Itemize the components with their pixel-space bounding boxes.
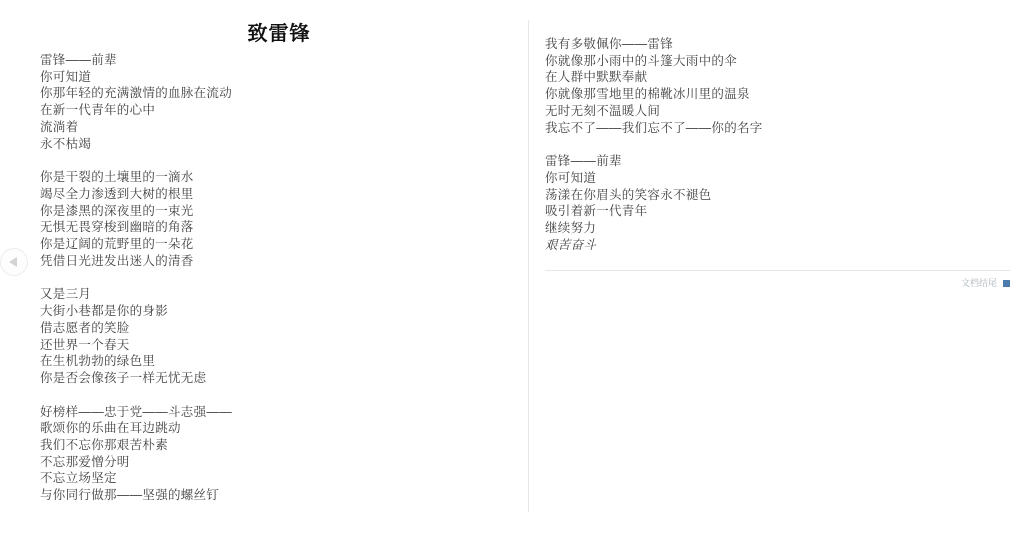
column-divider: [528, 20, 529, 512]
stanza-1: 雷锋——前辈 你可知道 你那年轻的充满激情的血脉在流动 在新一代青年的心中 流淌…: [40, 52, 518, 152]
poem-line: 借志愿者的笑脸: [40, 320, 518, 337]
stanza-6: 雷锋——前辈 你可知道 荡漾在你眉头的笑容永不褪色 吸引着新一代青年 继续努力 …: [545, 153, 1010, 253]
poem-line: 竭尽全力渗透到大树的根里: [40, 186, 518, 203]
end-of-document-square-icon: [1003, 280, 1010, 287]
poem-line: 你是否会像孩子一样无忧无虑: [40, 370, 518, 387]
stanza-5: 我有多敬佩你——雷锋 你就像那小雨中的斗篷大雨中的伞 在人群中默默奉献 你就像那…: [545, 36, 1010, 136]
poem-line: 你那年轻的充满激情的血脉在流动: [40, 85, 518, 102]
left-arrow-icon: [9, 257, 17, 267]
poem-line: 你就像那小雨中的斗篷大雨中的伞: [545, 53, 1010, 70]
stanza-4: 好榜样——忠于党——斗志强—— 歌颂你的乐曲在耳边跳动 我们不忘你那艰苦朴素 不…: [40, 404, 518, 504]
poem-line: 我忘不了——我们忘不了——你的名字: [545, 120, 1010, 137]
poem-line: 你是辽阔的荒野里的一朵花: [40, 236, 518, 253]
poem-line: 你可知道: [40, 69, 518, 86]
poem-line: 在新一代青年的心中: [40, 102, 518, 119]
poem-line: 还世界一个春天: [40, 337, 518, 354]
document-reading-view: 致雷锋 雷锋——前辈 你可知道 你那年轻的充满激情的血脉在流动 在新一代青年的心…: [0, 0, 1024, 533]
end-of-document-label: 文档结尾: [961, 278, 997, 288]
poem-line: 我有多敬佩你——雷锋: [545, 36, 1010, 53]
previous-page-button[interactable]: [0, 248, 28, 276]
poem-line: 又是三月: [40, 286, 518, 303]
poem-line: 你是漆黑的深夜里的一束光: [40, 203, 518, 220]
poem-line: 与你同行做那——坚强的螺丝钉: [40, 487, 518, 504]
poem-line: 流淌着: [40, 119, 518, 136]
poem-line: 大街小巷都是你的身影: [40, 303, 518, 320]
poem-line: 无惧无畏穿梭到幽暗的角落: [40, 219, 518, 236]
stanza-3: 又是三月 大街小巷都是你的身影 借志愿者的笑脸 还世界一个春天 在生机勃勃的绿色…: [40, 286, 518, 386]
poem-line: 继续努力: [545, 220, 1010, 237]
poem-line: 不忘立场坚定: [40, 470, 518, 487]
poem-line: 荡漾在你眉头的笑容永不褪色: [545, 187, 1010, 204]
poem-line: 雷锋——前辈: [545, 153, 1010, 170]
poem-line: 你可知道: [545, 170, 1010, 187]
poem-line: 你是干裂的土壤里的一滴水: [40, 169, 518, 186]
poem-line: 好榜样——忠于党——斗志强——: [40, 404, 518, 421]
poem-line: 凭借日光进发出迷人的清香: [40, 253, 518, 270]
poem-line: 不忘那爱憎分明: [40, 454, 518, 471]
document-title: 致雷锋: [40, 22, 518, 46]
poem-line: 永不枯竭: [40, 136, 518, 153]
stanza-2: 你是干裂的土壤里的一滴水 竭尽全力渗透到大树的根里 你是漆黑的深夜里的一束光 无…: [40, 169, 518, 269]
poem-line: 吸引着新一代青年: [545, 203, 1010, 220]
end-of-document-marker: 文档结尾: [545, 278, 1010, 288]
page-column-right: 我有多敬佩你——雷锋 你就像那小雨中的斗篷大雨中的伞 在人群中默默奉献 你就像那…: [545, 36, 1010, 288]
poem-line: 无时无刻不温暖人间: [545, 103, 1010, 120]
poem-line: 在生机勃勃的绿色里: [40, 353, 518, 370]
poem-line: 你就像那雪地里的棉靴冰川里的温泉: [545, 86, 1010, 103]
poem-line: 在人群中默默奉献: [545, 69, 1010, 86]
poem-line: 歌颂你的乐曲在耳边跳动: [40, 420, 518, 437]
poem-line: 雷锋——前辈: [40, 52, 518, 69]
poem-line: 艰苦奋斗: [545, 237, 1010, 254]
end-of-document-rule: [545, 270, 1010, 271]
page-column-left: 致雷锋 雷锋——前辈 你可知道 你那年轻的充满激情的血脉在流动 在新一代青年的心…: [40, 22, 518, 521]
poem-line: 我们不忘你那艰苦朴素: [40, 437, 518, 454]
